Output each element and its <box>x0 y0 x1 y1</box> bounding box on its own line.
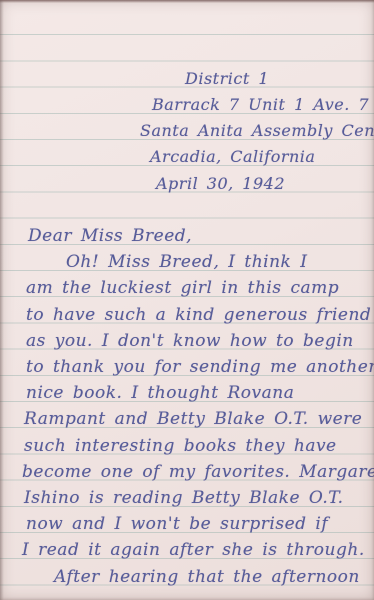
body-line-2: am the luckiest girl in this camp <box>26 276 339 300</box>
salutation-line: Dear Miss Breed, <box>28 224 192 248</box>
body-line-6: nice book. I thought Rovana <box>26 381 294 405</box>
body-line-1: Oh! Miss Breed, I think I <box>66 250 307 274</box>
heading-line-assembly-center: Santa Anita Assembly Cen. <box>140 119 374 143</box>
heading-line-district: District 1 <box>185 67 269 91</box>
body-line-8: such interesting books they have <box>24 434 337 458</box>
heading-line-barrack: Barrack 7 Unit 1 Ave. 7 <box>152 93 369 117</box>
body-line-5: to thank you for sending me another <box>26 355 374 379</box>
heading-line-date: April 30, 1942 <box>156 172 285 196</box>
body-line-3: to have such a kind generous friend <box>26 303 371 327</box>
body-line-13: After hearing that the afternoon <box>54 565 360 589</box>
body-line-11: now and I won't be surprised if <box>26 512 328 536</box>
heading-line-city-state: Arcadia, California <box>150 145 315 169</box>
body-line-7: Rampant and Betty Blake O.T. were <box>24 407 362 431</box>
body-line-9: become one of my favorites. Margaret <box>22 460 374 484</box>
photo-edge-left <box>0 0 4 600</box>
body-line-4: as you. I don't know how to begin <box>26 329 354 353</box>
body-line-10: Ishino is reading Betty Blake O.T. <box>24 486 344 510</box>
letter-photo: District 1 Barrack 7 Unit 1 Ave. 7 Santa… <box>0 0 374 600</box>
body-line-12: I read it again after she is through. <box>22 538 365 562</box>
photo-edge-top <box>0 0 374 3</box>
